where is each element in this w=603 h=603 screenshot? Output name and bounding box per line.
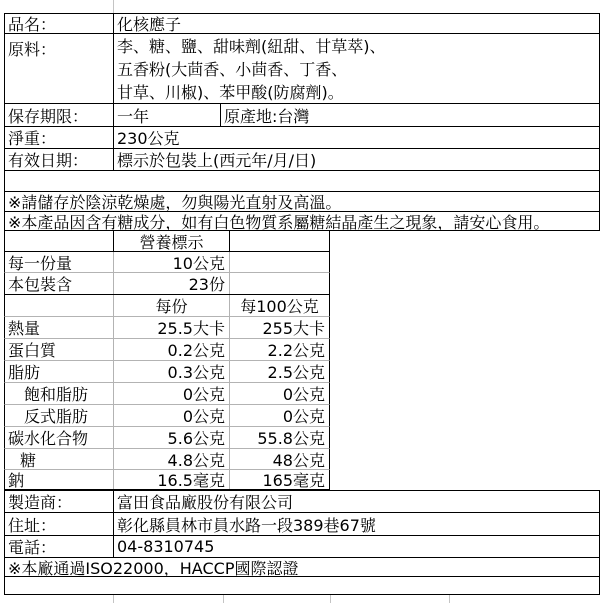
certification-notice: ※本廠通過ISO22000，HACCP國際認證 <box>5 558 599 576</box>
row-net-weight: 淨重： 230公克 <box>4 127 600 149</box>
per-100g-value: 48公克 <box>230 449 329 469</box>
servings-empty-cell <box>230 273 329 294</box>
row-expiry: 有效日期： 標示於包裝上(西元年/月/日) <box>4 149 600 171</box>
per-100g-value: 55.8公克 <box>230 427 329 448</box>
ingredients-line-1: 李、糖、鹽、甜味劑(紐甜、甘草萃)、 <box>117 35 596 58</box>
nutrition-row-trans-fat: 反式脂肪 0公克 0公克 <box>4 405 330 427</box>
per-100g-value: 2.5公克 <box>230 361 329 382</box>
nutrient-label: 反式脂肪 <box>5 405 114 426</box>
nutrition-row-protein: 蛋白質 0.2公克 2.2公克 <box>4 339 330 361</box>
per-serving-value: 0.3公克 <box>114 361 230 382</box>
row-product-name: 品名： 化核應子 <box>4 13 600 34</box>
bottom-empty-cell <box>5 577 599 594</box>
phone-label: 電話： <box>5 536 114 557</box>
ingredients-label: 原料： <box>5 34 114 103</box>
address-label: 住址： <box>5 513 114 535</box>
nutrient-label: 熱量 <box>5 317 114 338</box>
per-serving-value: 0公克 <box>114 383 230 404</box>
row-sugar-notice: ※本產品因含有糖成分，如有白色物質系屬糖結晶產生之現象，請安心食用。 <box>4 212 600 231</box>
nutrition-row-fat: 脂肪 0.3公克 2.5公克 <box>4 361 330 383</box>
per-100g-value: 0公克 <box>230 383 329 404</box>
nutrient-label: 蛋白質 <box>5 339 114 360</box>
row-servings-per-pack: 本包裝含 23份 <box>4 273 330 295</box>
product-name-label: 品名： <box>5 14 114 33</box>
per-100g-header: 每100公克 <box>230 295 329 316</box>
row-spacer <box>4 171 600 192</box>
nutrient-label: 飽和脂肪 <box>5 383 114 404</box>
product-name-value: 化核應子 <box>114 14 599 33</box>
nutrition-row-carbohydrate: 碳水化合物 5.6公克 55.8公克 <box>4 427 330 449</box>
product-label-sheet: 品名： 化核應子 原料： 李、糖、鹽、甜味劑(紐甜、甘草萃)、 五香粉(大茴香、… <box>0 0 603 603</box>
ingredients-value: 李、糖、鹽、甜味劑(紐甜、甘草萃)、 五香粉(大茴香、小茴香、丁香、 甘草、川椒… <box>114 34 599 103</box>
row-certification: ※本廠通過ISO22000，HACCP國際認證 <box>4 558 600 577</box>
per-serving-value: 16.5毫克 <box>114 470 230 489</box>
row-bottom-empty <box>4 577 600 595</box>
servings-label: 本包裝含 <box>5 273 114 294</box>
per-serving-value: 25.5大卡 <box>114 317 230 338</box>
nutrient-label: 碳水化合物 <box>5 427 114 448</box>
storage-notice: ※請儲存於陰涼乾燥處，勿與陽光直射及高溫。 <box>5 192 599 211</box>
serving-size-empty-cell <box>230 252 329 272</box>
shelf-life-label: 保存期限： <box>5 104 114 126</box>
nutrient-label: 糖 <box>5 449 114 469</box>
serving-size-value: 10公克 <box>114 252 230 272</box>
address-value: 彰化縣員林市員水路一段389巷67號 <box>114 513 599 535</box>
per-serving-value: 0公克 <box>114 405 230 426</box>
manufacturer-value: 富田食品廠股份有限公司 <box>114 491 599 512</box>
gridline-stub <box>113 0 114 13</box>
per-serving-value: 4.8公克 <box>114 449 230 469</box>
net-weight-label: 淨重： <box>5 127 114 148</box>
expiry-value: 標示於包裝上(西元年/月/日) <box>114 149 599 170</box>
expiry-label: 有效日期： <box>5 149 114 170</box>
gridline-stub <box>223 595 224 603</box>
nutrient-label: 鈉 <box>5 470 114 489</box>
per-serving-value: 5.6公克 <box>114 427 230 448</box>
nutrition-row-calories: 熱量 25.5大卡 255大卡 <box>4 317 330 339</box>
gridline-stub <box>113 595 114 603</box>
per-serving-value: 0.2公克 <box>114 339 230 360</box>
phone-value: 04-8310745 <box>114 536 599 557</box>
sugar-notice: ※本產品因含有糖成分，如有白色物質系屬糖結晶產生之現象，請安心食用。 <box>5 212 599 230</box>
spacer-cell <box>5 171 599 191</box>
row-nutrition-column-headers: 每份 每100公克 <box>4 295 330 317</box>
gridline-stub <box>449 595 450 603</box>
servings-value: 23份 <box>114 273 230 294</box>
nutrition-header-empty-cell <box>5 295 114 316</box>
nutrition-row-sodium: 鈉 16.5毫克 165毫克 <box>4 470 330 490</box>
ingredients-line-3: 甘草、川椒)、苯甲酸(防腐劑)。 <box>117 81 596 104</box>
row-ingredients: 原料： 李、糖、鹽、甜味劑(紐甜、甘草萃)、 五香粉(大茴香、小茴香、丁香、 甘… <box>4 34 600 104</box>
per-serving-header: 每份 <box>114 295 230 316</box>
row-nutrition-title: 營養標示 <box>4 231 330 252</box>
nutrient-label: 脂肪 <box>5 361 114 382</box>
net-weight-value: 230公克 <box>114 127 599 148</box>
per-100g-value: 2.2公克 <box>230 339 329 360</box>
row-manufacturer: 製造商： 富田食品廠股份有限公司 <box>4 490 600 513</box>
nutrition-title-right-cell <box>230 231 329 251</box>
nutrition-row-sugar: 糖 4.8公克 48公克 <box>4 449 330 470</box>
nutrition-row-saturated-fat: 飽和脂肪 0公克 0公克 <box>4 383 330 405</box>
row-serving-size: 每一份量 10公克 <box>4 252 330 273</box>
per-100g-value: 255大卡 <box>230 317 329 338</box>
row-storage-notice: ※請儲存於陰涼乾燥處，勿與陽光直射及高溫。 <box>4 192 600 212</box>
nutrition-title-left-cell <box>5 231 114 251</box>
row-address: 住址： 彰化縣員林市員水路一段389巷67號 <box>4 513 600 536</box>
serving-size-label: 每一份量 <box>5 252 114 272</box>
gridline-stub <box>330 595 331 603</box>
nutrition-title: 營養標示 <box>114 231 230 251</box>
per-100g-value: 0公克 <box>230 405 329 426</box>
row-shelf-life: 保存期限： 一年 原產地:台灣 <box>4 104 600 127</box>
origin-value: 原產地:台灣 <box>221 104 599 126</box>
shelf-life-value: 一年 <box>114 104 221 126</box>
per-100g-value: 165毫克 <box>230 470 329 489</box>
manufacturer-label: 製造商： <box>5 491 114 512</box>
row-phone: 電話： 04-8310745 <box>4 536 600 558</box>
ingredients-line-2: 五香粉(大茴香、小茴香、丁香、 <box>117 58 596 81</box>
